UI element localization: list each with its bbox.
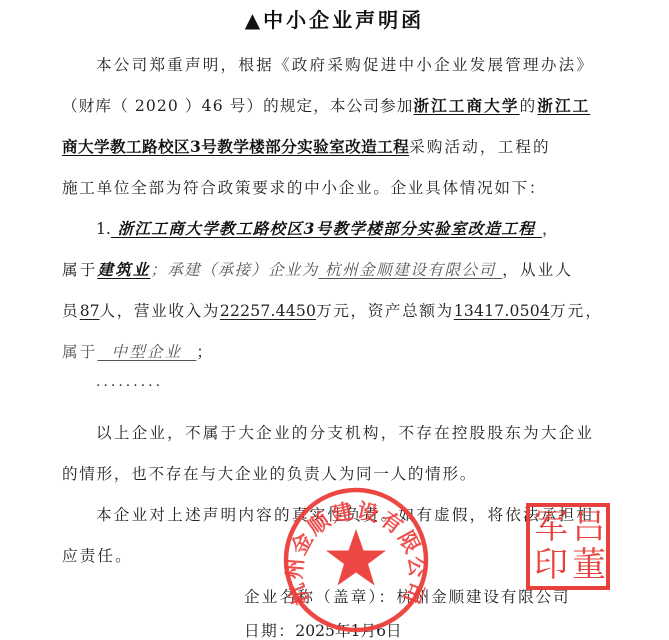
contractor-prefix: ；承建（承接）企业为 <box>150 261 318 279</box>
para2-line1: 以上企业，不属于大企业的分支机构，不存在控股股东为大企业 <box>96 423 644 443</box>
item-comma: ， <box>542 220 560 238</box>
company-seal: 杭州金顺建设有限公司 <box>283 487 429 633</box>
connector-text: 的 <box>520 97 538 115</box>
scale-prefix: 属于 <box>62 343 97 361</box>
employees-count: 87 <box>80 302 100 320</box>
para2-line2-text: 的情形，也不存在与大企业的负责人为同一人的情形。 <box>62 465 477 483</box>
contractor-name: 杭州金顺建设有限公司 <box>318 261 502 279</box>
company-seal-icon: 杭州金顺建设有限公司 <box>283 487 429 633</box>
para1-line2: （财库（ 2020 ）46 号）的规定，本公司参加浙江工商大学的浙江工 <box>62 96 610 116</box>
seal-char-1: 吕 <box>570 509 608 545</box>
scale-suffix: ； <box>196 343 214 361</box>
para1-line4: 施工单位全部为符合政策要求的中小企业。企业具体情况如下： <box>62 178 610 198</box>
item1-line3: 员87人，营业收入为22257.4450万元，资产总额为13417.0504万元… <box>62 301 610 321</box>
para1-line1: 本公司郑重声明，根据《政府采购促进中小企业发展管理办法》 <box>96 55 610 75</box>
revenue-prefix: 人，营业收入为 <box>100 302 220 320</box>
item-number: 1. <box>96 220 111 238</box>
assets-unit: 万元， <box>550 302 603 320</box>
page-title: ▲中小企业声明函 <box>0 4 669 33</box>
project-name-part2: 商大学教工路校区3号教学楼部分实验室改造工程 <box>62 137 409 156</box>
para1-line1-text: 本公司郑重声明，根据《政府采购促进中小企业发展管理办法》 <box>96 55 594 75</box>
seal-char-2: 董 <box>570 547 608 583</box>
revenue-value: 22257.4450 <box>220 302 316 320</box>
para1-line3: 商大学教工路校区3号教学楼部分实验室改造工程采购活动，工程的 <box>62 137 610 157</box>
project-name-part1: 浙江工 <box>537 96 590 115</box>
employees-prefix: ，从业人 <box>502 261 573 279</box>
regulation-reference: （财库（ 2020 ）46 号）的规定，本公司参加 <box>62 97 413 115</box>
item-project-name: 浙江工商大学教工路校区3号教学楼部分实验室改造工程 <box>111 219 542 238</box>
para1-line4-text: 施工单位全部为符合政策要求的中小企业。企业具体情况如下： <box>62 179 546 197</box>
assets-value: 13417.0504 <box>454 302 550 320</box>
personal-seal: 吕 董 军 印 <box>526 503 610 590</box>
enterprise-scale: 中型企业 <box>97 343 196 361</box>
industry-value: 建筑业 <box>97 260 150 279</box>
para3-line2-text: 应责任。 <box>62 547 133 565</box>
employees-label: 员 <box>62 302 80 320</box>
seal-char-4: 印 <box>532 547 570 583</box>
industry-prefix: 属于 <box>62 261 97 279</box>
para2-line1-text: 以上企业，不属于大企业的分支机构，不存在控股股东为大企业 <box>96 424 594 442</box>
para2-line2: 的情形，也不存在与大企业的负责人为同一人的情形。 <box>62 464 610 484</box>
ellipsis: ········· <box>96 378 163 394</box>
para1-line3-suffix: 采购活动，工程的 <box>409 138 551 156</box>
seal-char-3: 军 <box>532 509 570 545</box>
item1-line1: 1. 浙江工商大学教工路校区3号教学楼部分实验室改造工程 ， <box>96 219 644 239</box>
item1-line2: 属于建筑业；承建（承接）企业为 杭州金顺建设有限公司 ，从业人 <box>62 260 610 280</box>
purchaser-name: 浙江工商大学 <box>413 96 519 115</box>
item1-line4: 属于 中型企业 ； <box>62 342 610 362</box>
revenue-unit: 万元，资产总额为 <box>316 302 454 320</box>
